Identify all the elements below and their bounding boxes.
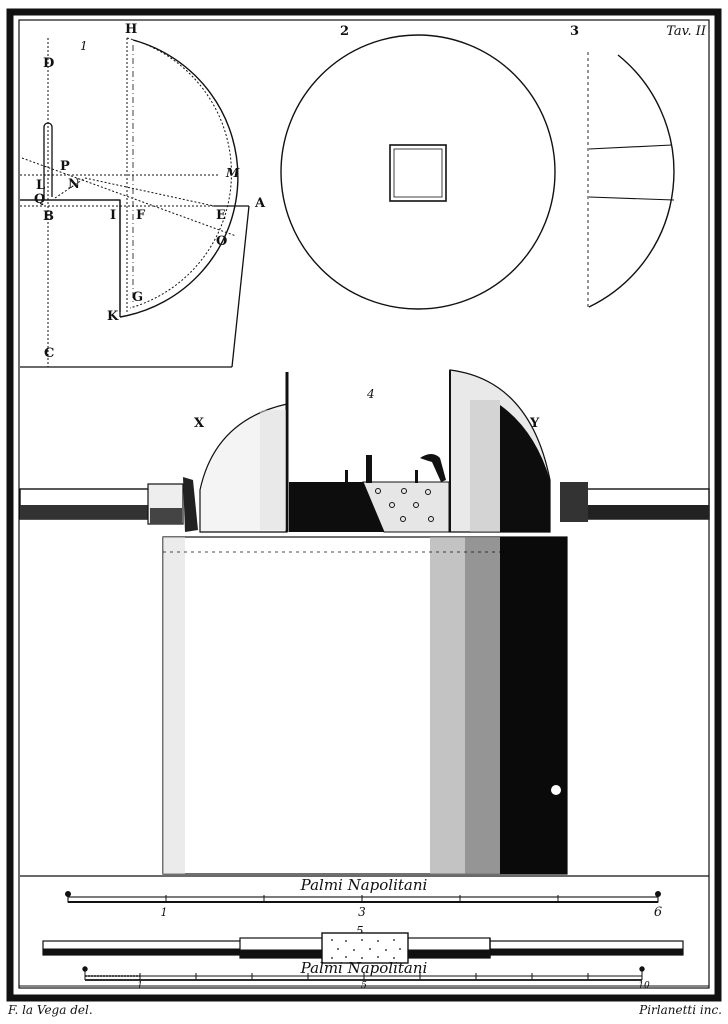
lower-scale-tick-10: 10: [638, 981, 650, 991]
figure-4-label-x: X: [194, 416, 205, 431]
delineator-credit: F. la Vega del.: [8, 1003, 93, 1017]
figure-1-diagram: [20, 38, 249, 367]
point-label-i: I: [110, 208, 116, 223]
point-label-a: A: [254, 196, 266, 211]
point-label-l: L: [36, 178, 45, 193]
figure-number-2: 2: [340, 24, 349, 39]
lower-scale-tick-1: 1: [137, 981, 143, 991]
point-label-p: P: [60, 159, 70, 174]
point-label-n: N: [68, 177, 80, 192]
point-label-c: C: [44, 346, 54, 361]
figure-number-3: 3: [570, 24, 579, 39]
figure-4-machine: [20, 370, 709, 876]
point-label-e: E: [216, 208, 226, 223]
figure-number-1: 1: [80, 39, 88, 53]
point-label-b: B: [43, 209, 54, 224]
point-label-g: G: [132, 290, 143, 305]
lower-scale-title: Palmi Napolitani: [300, 959, 428, 977]
figure-1-labels: H D P M L N Q B I F E A O G K C: [34, 22, 266, 361]
point-label-d: D: [43, 56, 54, 71]
figure-number-4: 4: [366, 387, 375, 401]
plate-number: Tav. II: [666, 24, 707, 39]
engraving-plate: Tav. II 1 2 3 4 5 H D: [0, 0, 728, 1024]
figure-4-label-y: Y: [529, 416, 540, 431]
point-label-q: Q: [34, 192, 45, 207]
upper-scale-title: Palmi Napolitani: [300, 876, 428, 894]
figure-2-disc: [281, 35, 555, 309]
figure-3-half-disc: [588, 52, 674, 307]
upper-scale-tick-6: 6: [654, 905, 662, 920]
point-label-h: H: [125, 22, 137, 37]
point-label-f: F: [136, 208, 146, 223]
point-label-o: O: [216, 234, 227, 249]
upper-scale-tick-3: 3: [358, 905, 366, 919]
lower-scale-tick-5: 5: [361, 981, 367, 991]
point-label-m: M: [225, 166, 240, 180]
engraver-credit: Pirlanetti inc.: [639, 1003, 722, 1017]
point-label-k: K: [107, 309, 119, 324]
upper-scale-tick-1: 1: [161, 906, 168, 919]
